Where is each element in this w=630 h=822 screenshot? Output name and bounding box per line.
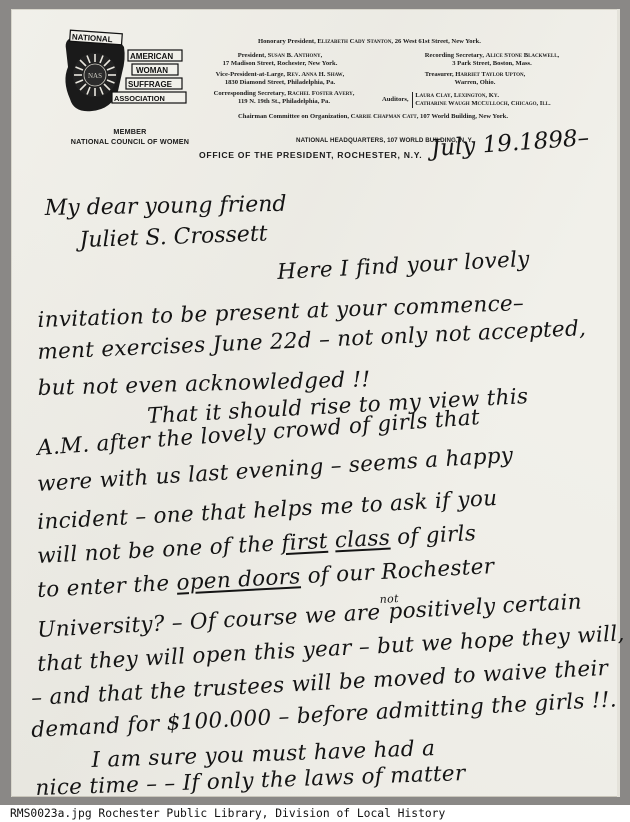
underlined-class: class: [334, 526, 391, 554]
member-label: MEMBER: [55, 127, 205, 137]
treasurer: Treasurer, Harriet Taylor Upton, Warren,…: [410, 71, 540, 87]
svg-text:NAS: NAS: [88, 72, 102, 80]
recording-secretary: Recording Secretary, Alice Stone Blackwe…: [402, 52, 582, 68]
vice-president: Vice-President-at-Large, Rev. Anna H. Sh…: [200, 71, 360, 87]
auditors: Auditors, Laura Clay, Lexington, Ky. Cat…: [382, 92, 551, 108]
corresponding-secretary: Corresponding Secretary, Rachel Foster A…: [204, 90, 364, 106]
sunflower-icon: NAS: [73, 53, 117, 97]
member-block: MEMBER NATIONAL COUNCIL OF WOMEN: [55, 127, 205, 147]
inserted-word: not: [379, 592, 399, 606]
svg-text:AMERICAN: AMERICAN: [130, 52, 173, 61]
image-caption: RMS0023a.jpg Rochester Public Library, D…: [0, 805, 630, 822]
office-of-president: OFFICE OF THE PRESIDENT, ROCHESTER, N.Y.: [199, 150, 422, 160]
svg-text:SUFFRAGE: SUFFRAGE: [128, 80, 173, 89]
president: President, Susan B. Anthony, 17 Madison …: [210, 52, 350, 68]
chairman-committee: Chairman Committee on Organization, Carr…: [238, 113, 508, 121]
svg-text:WOMAN: WOMAN: [136, 66, 168, 75]
honorary-president: Honorary President, Elizabeth Cady Stant…: [258, 38, 481, 46]
nawsa-logo: NAS NATIONAL AMERICAN WOMAN SUFFRAGE ASS…: [62, 29, 190, 115]
salutation: My dear young friend: [45, 192, 287, 221]
council-label: NATIONAL COUNCIL OF WOMEN: [55, 137, 205, 147]
underlined-first: first: [281, 529, 329, 556]
paper-edge: [617, 9, 620, 797]
svg-text:ASSOCIATION: ASSOCIATION: [114, 94, 165, 103]
